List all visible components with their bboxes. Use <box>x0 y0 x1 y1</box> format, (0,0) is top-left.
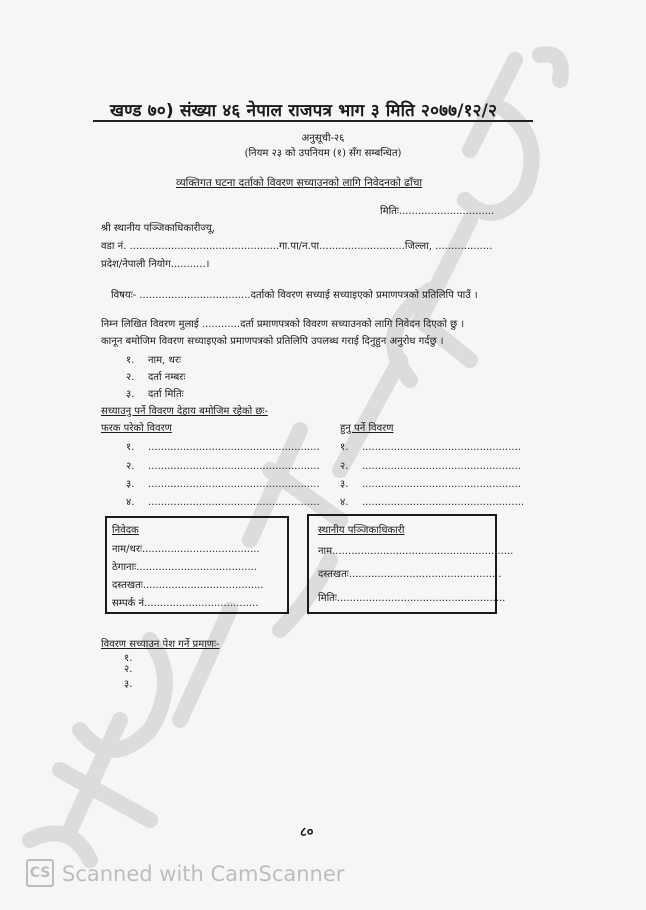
applicant-box-title: निवेदक <box>112 522 139 536</box>
field-blank: ..................................... <box>142 544 260 555</box>
field-label: नाम/थरः <box>112 544 142 555</box>
correct-details-heading: हुनु पर्ने विवरण <box>340 420 393 434</box>
subject-line: विषयः- .................................… <box>111 287 478 301</box>
subject-label: विषयः- <box>111 290 136 301</box>
scanned-page: खण्ड ७०) संख्या ४६ नेपाल राजपत्र भाग ३ म… <box>0 0 646 910</box>
district-label: जिल्ला, <box>405 241 432 252</box>
wrong-item: १.......................................… <box>126 439 320 453</box>
field-label: नाम <box>318 546 332 557</box>
correct-item: १.......................................… <box>340 439 521 453</box>
detail-item: २.दर्ता नम्बरः <box>126 369 185 383</box>
header-rule <box>93 120 533 122</box>
camscanner-logo-icon: CS <box>26 859 54 887</box>
province-line: प्रदेश/नेपाली नियोग...........। <box>101 256 209 270</box>
item-label: नाम, थरः <box>148 355 181 366</box>
item-number: १. <box>126 439 148 453</box>
applicant-field: दस्तखतः.................................… <box>112 577 264 591</box>
item-number: २. <box>126 369 148 383</box>
schedule-subtitle: (नियम २३ को उपनियम (१) सँग सम्बन्धित) <box>0 145 646 159</box>
item-blank: ........................................… <box>362 461 521 472</box>
camscanner-watermark-text: Scanned with CamScanner <box>62 862 344 886</box>
registrar-field: दस्तखतः.................................… <box>318 566 501 580</box>
wrong-item: २.......................................… <box>126 458 320 472</box>
date-blank: .............................. <box>399 206 494 217</box>
page-number: ८० <box>300 822 314 840</box>
item-number: ३. <box>340 476 362 490</box>
field-label: दस्तखतः <box>318 569 349 580</box>
district-blank: .................. <box>435 241 492 252</box>
item-number: २. <box>126 458 148 472</box>
ward-label: वडा नं. <box>101 241 126 252</box>
field-blank: ...................................... <box>136 562 257 573</box>
wrong-details-heading: फरक परेको विवरण <box>101 420 172 434</box>
item-blank: ........................................… <box>362 479 521 490</box>
applicant-field: सम्पर्क नं..............................… <box>112 595 258 609</box>
municipality-blank: ........................... <box>319 241 405 252</box>
item-blank: ........................................… <box>148 497 320 508</box>
addressee: श्री स्थानीय पञ्जिकाधिकारीज्यू, <box>101 220 215 234</box>
item-blank: ........................................… <box>148 479 320 490</box>
field-label: मितिः <box>318 593 337 604</box>
subject-text: दर्ताको विवरण सच्याई सच्याइएको प्रमाणपत्… <box>251 290 478 301</box>
body-text: निम्न लिखित विवरण मुलाई <box>101 319 199 330</box>
item-number: १. <box>126 352 148 366</box>
item-blank: ........................................… <box>148 461 320 472</box>
detail-item: ३.दर्ता मितिः <box>126 386 184 400</box>
form-title: व्यक्तिगत घटना दर्ताको विवरण सच्याउनको ल… <box>176 176 422 190</box>
address-line: वडा नं. ................................… <box>101 238 492 252</box>
municipality-label: गा.पा/न.पा <box>279 241 319 252</box>
wrong-item: ३.......................................… <box>126 476 320 490</box>
body-line-1: निम्न लिखित विवरण मुलाई ............दर्त… <box>101 316 464 330</box>
field-blank: ........................................… <box>349 569 502 580</box>
schedule-title: अनुसूची-२६ <box>0 130 646 144</box>
evidence-item: २. <box>124 661 132 675</box>
field-blank: ........................................… <box>337 593 505 604</box>
body-blank: ............ <box>202 319 240 330</box>
item-blank: ........................................… <box>362 442 521 453</box>
correction-heading: सच्याउनु पर्ने विवरण देहाय बमोजिम रहेको … <box>101 403 268 417</box>
item-blank: ........................................… <box>362 497 524 508</box>
evidence-heading: विवरण सच्याउन पेश गर्ने प्रमाणः- <box>101 636 219 650</box>
item-number: १. <box>340 439 362 453</box>
gazette-header: खण्ड ७०) संख्या ४६ नेपाल राजपत्र भाग ३ म… <box>110 98 497 121</box>
field-blank: ...................................... <box>143 580 264 591</box>
correct-item: ३.......................................… <box>340 476 521 490</box>
item-number: ३. <box>126 476 148 490</box>
field-blank: ................................... <box>147 598 258 609</box>
item-blank: ........................................… <box>148 442 320 453</box>
date-label: मितिः <box>380 206 399 217</box>
field-label: ठेगानाः <box>112 562 136 573</box>
date-field: मितिः.............................. <box>380 203 494 217</box>
item-label: दर्ता मितिः <box>148 389 184 400</box>
applicant-field: नाम/थरः.................................… <box>112 541 260 555</box>
item-number: ४. <box>340 494 362 508</box>
correct-item: २.......................................… <box>340 458 521 472</box>
registrar-field: मितिः...................................… <box>318 590 505 604</box>
subject-blank: ................................... <box>139 290 250 301</box>
wrong-item: ४.......................................… <box>126 494 320 508</box>
registrar-box-title: स्थानीय पञ्जिकाधिकारी <box>318 522 404 536</box>
body-text: दर्ता प्रमाणपत्रको विवरण सच्याउनको लागि … <box>240 319 464 330</box>
ward-blank: ........................................… <box>130 241 279 252</box>
evidence-item: ३. <box>124 676 132 690</box>
body-line-2: कानून बमोजिम विवरण सच्याइएको प्रमाणपत्रक… <box>101 333 444 347</box>
item-number: ४. <box>126 494 148 508</box>
item-number: ३. <box>126 386 148 400</box>
applicant-field: ठेगानाः.................................… <box>112 559 257 573</box>
item-label: दर्ता नम्बरः <box>148 372 185 383</box>
field-label: दस्तखतः <box>112 580 143 591</box>
correct-item: ४.......................................… <box>340 494 524 508</box>
field-label: सम्पर्क नं. <box>112 598 147 609</box>
item-number: २. <box>340 458 362 472</box>
field-blank: ........................................… <box>332 546 513 557</box>
registrar-field: नाम.....................................… <box>318 543 513 557</box>
detail-item: १.नाम, थरः <box>126 352 181 366</box>
